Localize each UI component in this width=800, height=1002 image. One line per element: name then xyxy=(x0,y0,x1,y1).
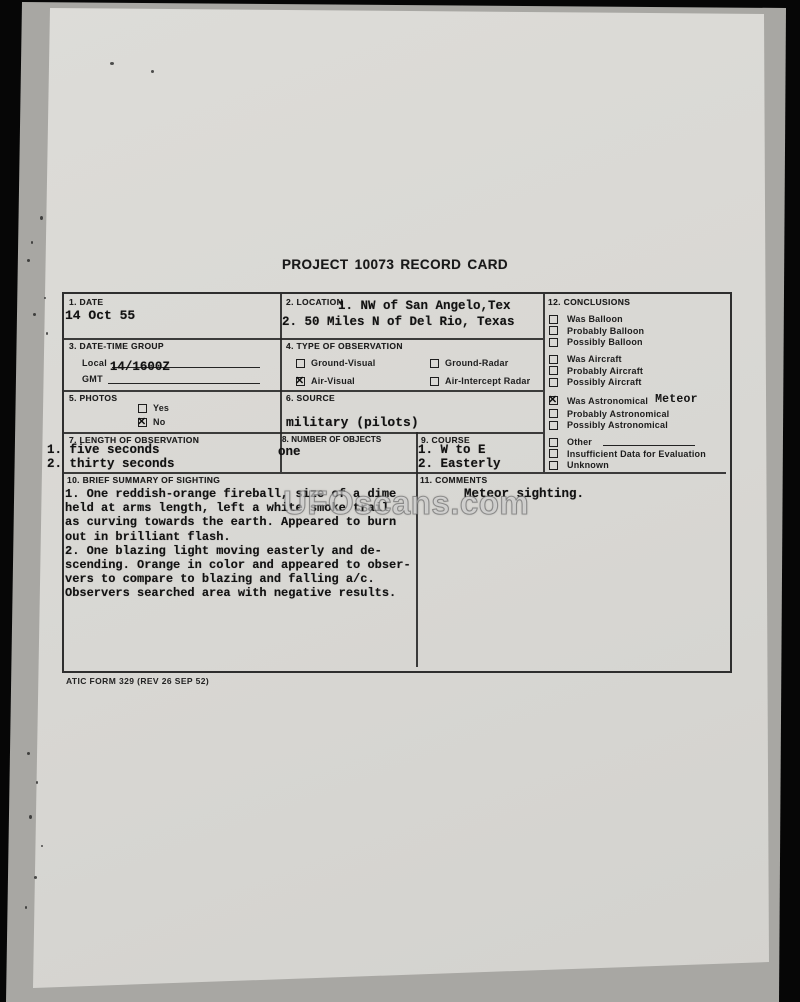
conclusion-option-was-aircraft: Was Aircraft xyxy=(549,354,726,364)
field-comments-label: 11. COMMENTS xyxy=(420,475,488,485)
checkbox-icon xyxy=(549,366,558,375)
checkbox-icon xyxy=(430,377,439,386)
conclusion-option-probably-astronomical: Probably Astronomical xyxy=(549,409,726,419)
field-location-entry1: 1. NW of San Angelo,Tex xyxy=(338,299,511,313)
conclusion-label: Insufficient Data for Evaluation xyxy=(567,449,706,459)
scan-speck xyxy=(29,815,32,819)
option-photos-no: No xyxy=(138,417,165,427)
conclusion-option-was-balloon: Was Balloon xyxy=(549,314,726,324)
checkbox-icon xyxy=(549,378,558,387)
option-photos-yes: Yes xyxy=(138,403,169,413)
conclusion-label: Unknown xyxy=(567,460,609,470)
conclusion-group-aircraft: Was Aircraft Probably Aircraft Possibly … xyxy=(549,354,726,387)
conclusion-option-was-astronomical: Was Astronomical Meteor xyxy=(549,394,726,407)
conclusion-label: Possibly Aircraft xyxy=(567,377,642,387)
conclusion-option-insufficient-data: Insufficient Data for Evaluation xyxy=(549,449,726,459)
conclusions-list: Was Balloon Probably Balloon Possibly Ba… xyxy=(549,314,726,477)
scan-speck xyxy=(36,781,38,784)
scan-speck xyxy=(34,876,37,879)
field-date-label: 1. DATE xyxy=(69,297,103,307)
conclusion-label: Probably Astronomical xyxy=(567,409,669,419)
scan-speck xyxy=(27,752,30,755)
scan-speck xyxy=(151,70,154,73)
option-label: Ground-Visual xyxy=(311,358,375,368)
scan-speck xyxy=(33,313,36,316)
scan-speck xyxy=(31,241,33,244)
option-ground-visual: Ground-Visual xyxy=(296,358,375,368)
checkbox-icon xyxy=(549,338,558,347)
field-source-label: 6. SOURCE xyxy=(286,393,335,403)
conclusion-option-possibly-aircraft: Possibly Aircraft xyxy=(549,377,726,387)
checkbox-icon xyxy=(549,326,558,335)
field-comments: 11. COMMENTS Meteor sighting. xyxy=(416,472,728,669)
conclusion-label: Was Aircraft xyxy=(567,354,622,364)
checkbox-icon xyxy=(549,355,558,364)
option-air-intercept-radar: Air-Intercept Radar xyxy=(430,376,530,386)
field-photos: 5. PHOTOS Yes No xyxy=(64,390,280,432)
field-course-entry1: 1. W to E xyxy=(418,443,486,457)
scan-speck xyxy=(40,216,43,220)
checkbox-icon xyxy=(549,438,558,447)
field-conclusions: 12. CONCLUSIONS Was Balloon Probably Bal… xyxy=(543,294,728,472)
conclusion-group-balloon: Was Balloon Probably Balloon Possibly Ba… xyxy=(549,314,726,347)
checkbox-icon xyxy=(549,315,558,324)
field-type-of-observation: 4. TYPE OF OBSERVATION Ground-Visual Gro… xyxy=(280,338,543,390)
field-brief-summary: 10. BRIEF SUMMARY OF SIGHTING 1. One red… xyxy=(64,472,416,669)
conclusion-option-probably-balloon: Probably Balloon xyxy=(549,326,726,336)
checkbox-icon xyxy=(430,359,439,368)
checkbox-icon xyxy=(549,461,558,470)
conclusion-typed-note: Meteor xyxy=(655,393,698,406)
conclusion-label: Was Astronomical xyxy=(567,396,648,406)
checkbox-icon xyxy=(549,421,558,430)
field-course-entry2: 2. Easterly xyxy=(418,457,501,471)
conclusion-option-other: Other xyxy=(549,437,726,447)
field-dtg-gmt-row: GMT 14/1600Z xyxy=(82,372,260,384)
field-length-of-observation: 7. LENGTH OF OBSERVATION 1. five seconds… xyxy=(64,432,280,472)
field-type-label: 4. TYPE OF OBSERVATION xyxy=(286,341,403,351)
conclusion-option-possibly-astronomical: Possibly Astronomical xyxy=(549,420,726,430)
option-label: No xyxy=(153,417,165,427)
field-dtg-label: 3. DATE-TIME GROUP xyxy=(69,341,164,351)
field-summary-text: 1. One reddish-orange fireball, size of … xyxy=(65,487,415,601)
conclusion-option-unknown: Unknown xyxy=(549,460,726,470)
conclusion-label: Probably Aircraft xyxy=(567,366,643,376)
option-label: Yes xyxy=(153,403,169,413)
field-location-entry2: 2. 50 Miles N of Del Rio, Texas xyxy=(282,315,515,329)
field-location-label: 2. LOCATION xyxy=(286,297,343,307)
field-date-value: 14 Oct 55 xyxy=(65,308,135,323)
scan-content: PROJECT 10073 RECORD CARD 1. DATE 14 Oct… xyxy=(0,0,800,1002)
conclusion-label: Possibly Astronomical xyxy=(567,420,668,430)
field-photos-label: 5. PHOTOS xyxy=(69,393,117,403)
page-title: PROJECT 10073 RECORD CARD xyxy=(62,257,728,272)
option-ground-radar: Ground-Radar xyxy=(430,358,508,368)
checkbox-icon xyxy=(296,377,305,386)
field-number-value: one xyxy=(278,445,301,459)
conclusion-label: Other xyxy=(567,437,592,447)
conclusion-label: Probably Balloon xyxy=(567,326,644,336)
field-location: 2. LOCATION 1. NW of San Angelo,Tex 2. 5… xyxy=(280,294,543,338)
field-number-of-objects: 8. NUMBER OF OBJECTS one xyxy=(280,432,416,472)
conclusion-option-possibly-balloon: Possibly Balloon xyxy=(549,337,726,347)
conclusion-group-astronomical: Was Astronomical Meteor Probably Astrono… xyxy=(549,394,726,430)
scan-speck xyxy=(27,259,30,262)
field-dtg-local-row: Local xyxy=(82,356,260,368)
field-summary-label: 10. BRIEF SUMMARY OF SIGHTING xyxy=(67,475,220,485)
option-label: Ground-Radar xyxy=(445,358,508,368)
checkbox-icon xyxy=(138,404,147,413)
form-number: ATIC FORM 329 (REV 26 SEP 52) xyxy=(66,676,209,686)
checkbox-icon xyxy=(549,409,558,418)
field-conclusions-label: 12. CONCLUSIONS xyxy=(548,297,630,307)
checkbox-icon xyxy=(138,418,147,427)
option-air-visual: Air-Visual xyxy=(296,376,355,386)
field-source: 6. SOURCE military (pilots) xyxy=(280,390,543,432)
conclusion-label: Possibly Balloon xyxy=(567,337,643,347)
field-dtg-local-label: Local xyxy=(82,358,107,368)
other-blank-line xyxy=(603,438,695,446)
field-length-entry2: 2. thirty seconds xyxy=(47,457,175,471)
field-course: 9. COURSE 1. W to E 2. Easterly xyxy=(416,432,543,472)
scan-speck xyxy=(46,332,48,335)
checkbox-icon xyxy=(549,449,558,458)
checkbox-icon xyxy=(296,359,305,368)
scan-speck xyxy=(110,62,114,65)
scan-speck xyxy=(25,906,27,909)
field-date: 1. DATE 14 Oct 55 xyxy=(64,294,280,338)
conclusion-group-other: Other Insufficient Data for Evaluation U… xyxy=(549,437,726,470)
field-length-entry1: 1. five seconds xyxy=(47,443,160,457)
field-comments-value: Meteor sighting. xyxy=(464,487,584,501)
conclusion-label: Was Balloon xyxy=(567,314,623,324)
checkbox-icon xyxy=(549,396,558,405)
conclusion-option-probably-aircraft: Probably Aircraft xyxy=(549,366,726,376)
record-card: 1. DATE 14 Oct 55 2. LOCATION 1. NW of S… xyxy=(62,292,732,673)
scan-speck xyxy=(41,845,43,847)
field-dtg-gmt-value: 14/1600Z xyxy=(110,360,170,374)
field-number-label: 8. NUMBER OF OBJECTS xyxy=(282,435,381,444)
scan-speck xyxy=(44,297,46,299)
field-source-value: military (pilots) xyxy=(286,415,419,430)
option-label: Air-Visual xyxy=(311,376,355,386)
option-label: Air-Intercept Radar xyxy=(445,376,530,386)
field-date-time-group: 3. DATE-TIME GROUP Local GMT 14/1600Z xyxy=(64,338,280,390)
field-dtg-gmt-label: GMT xyxy=(82,374,103,384)
